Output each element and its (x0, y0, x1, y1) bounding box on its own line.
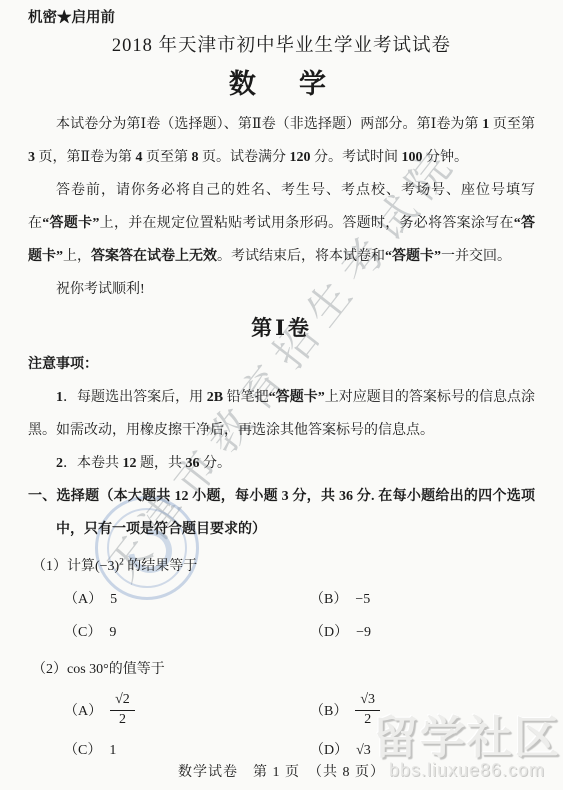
section-1-title: 第Ⅰ卷 (28, 310, 535, 346)
question-1-options: （A）5 （B）−5 （C）9 （D）−9 (28, 583, 535, 649)
question-1-option-a: （A）5 (64, 583, 310, 616)
fraction: √32 (355, 692, 380, 727)
question-1-stem: （1）计算(−3)2 的结果等于 (28, 550, 535, 583)
notes-title: 注意事项： (28, 348, 535, 381)
multiple-choice-heading: 一、选择题（本大题共 12 小题，每小题 3 分，共 36 分. 在每小题给出的… (28, 480, 535, 546)
question-2-option-a: （A）√22 (64, 686, 310, 734)
question-2-option-d: （D）√3 (310, 734, 535, 767)
page-footer: 数学试卷 第 1 页 （共 8 页） (0, 764, 563, 782)
question-1-option-d: （D）−9 (310, 616, 535, 649)
exam-title: 2018 年天津市初中毕业生学业考试试卷 (28, 32, 535, 60)
classification-banner: 机密★启用前 (28, 8, 535, 28)
exam-paper-page: 机密★启用前 2018 年天津市初中毕业生学业考试试卷 数 学 本试卷分为第Ⅰ卷… (0, 0, 563, 767)
note-2: 2．本卷共 12 题，共 36 分。 (28, 447, 535, 480)
question-2-stem: （2）cos 30°的值等于 (28, 653, 535, 686)
good-luck-line: 祝你考试顺利! (28, 273, 535, 306)
question-1-option-b: （B）−5 (310, 583, 535, 616)
intro-paragraph-answersheet: 答卷前，请你务必将自己的姓名、考生号、考点校、考场号、座位号填写在“答题卡”上，… (28, 174, 535, 273)
question-2-option-b: （B）√32 (310, 686, 535, 734)
question-2-option-c: （C）1 (64, 734, 310, 767)
subject-title: 数 学 (28, 66, 535, 102)
intro-paragraph-structure: 本试卷分为第Ⅰ卷（选择题）、第Ⅱ卷（非选择题）两部分。第Ⅰ卷为第 1 页至第 3… (28, 108, 535, 174)
question-1-option-c: （C）9 (64, 616, 310, 649)
question-1-number: （1） (32, 559, 67, 574)
note-1: 1．每题选出答案后，用 2B 铅笔把“答题卡”上对应题目的答案标号的信息点涂黑。… (28, 381, 535, 447)
question-2-number: （2） (32, 662, 67, 677)
fraction: √22 (110, 692, 135, 727)
question-2-options: （A）√22 （B）√32 （C）1 （D）√3 (28, 686, 535, 767)
